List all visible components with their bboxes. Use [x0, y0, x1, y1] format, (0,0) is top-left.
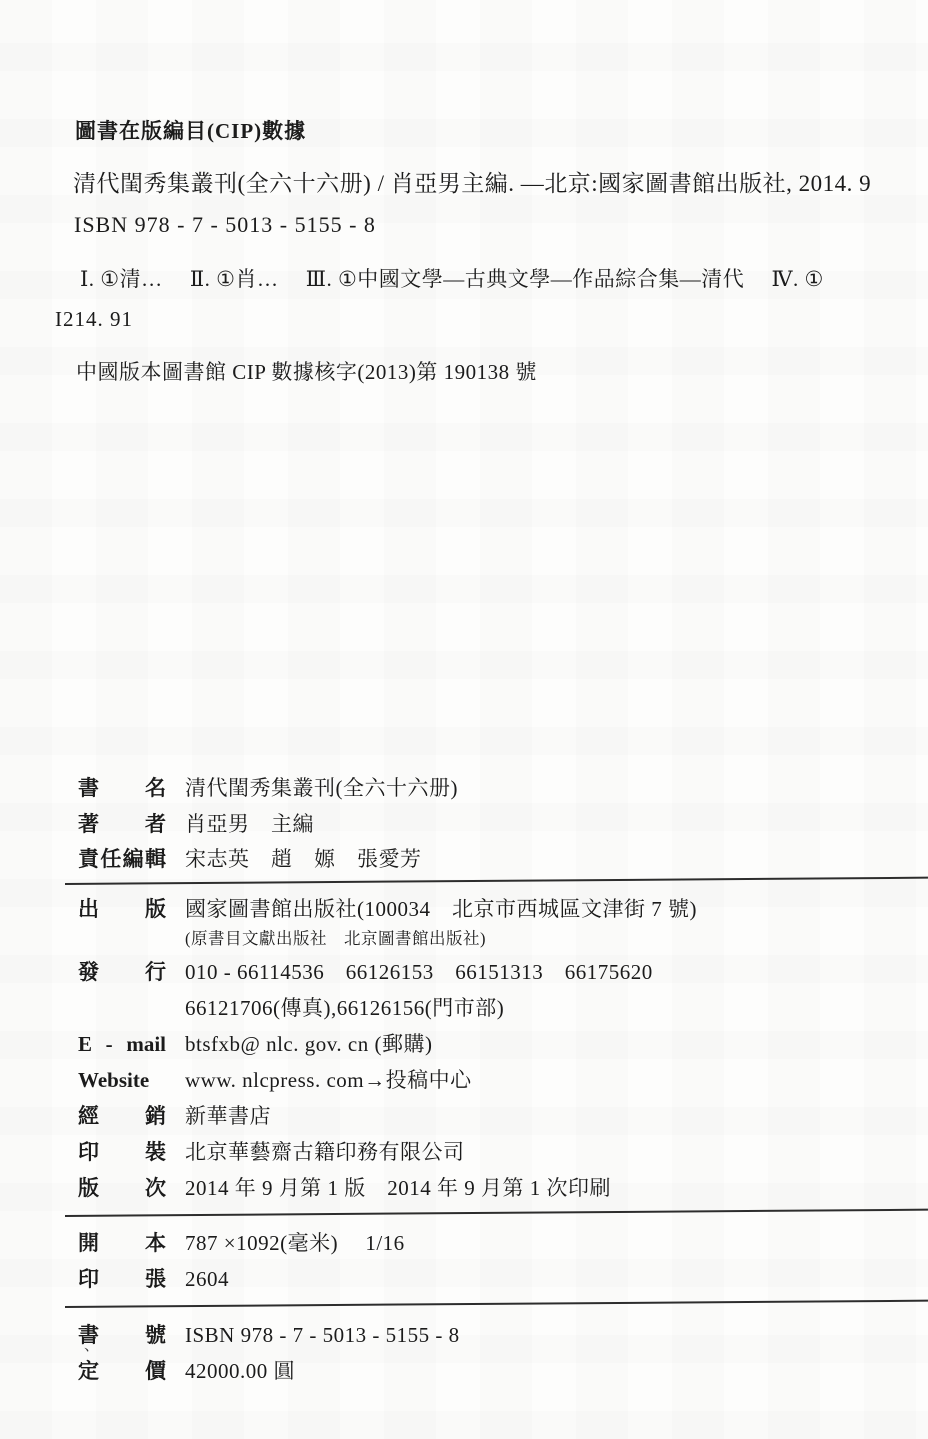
- row-label: 發行: [78, 954, 166, 990]
- book-copyright-page: 圖書在版編目(CIP)數據 清代閨秀集叢刊(全六十六册) / 肖亞男主編. —北…: [0, 116, 928, 1389]
- row-label: 責任編輯: [78, 842, 166, 877]
- colophon-row-editors: 責任編輯 宋志英 趙 嫄 張愛芳: [0, 842, 928, 877]
- row-label: 印裝: [78, 1134, 166, 1170]
- colophon-row-price: 定價 42000.00 圓: [0, 1353, 928, 1389]
- row-value: 66121706(傳真),66126156(門市部): [185, 990, 504, 1026]
- colophon-row-title: 書名 清代閨秀集叢刊(全六十六册): [0, 770, 928, 806]
- row-label: Website: [78, 1062, 166, 1098]
- publisher-former-names-note: (原書目文獻出版社 北京圖書館出版社): [185, 927, 928, 954]
- colophon-block: 書名 清代閨秀集叢刊(全六十六册) 著者 肖亞男 主編 責任編輯 宋志英 趙 嫄…: [0, 770, 928, 1389]
- row-value: 宋志英 趙 嫄 張愛芳: [185, 842, 422, 877]
- colophon-row-distributor: 經銷 新華書店: [0, 1098, 928, 1134]
- colophon-row-author: 著者 肖亞男 主編: [0, 806, 928, 842]
- row-value: 新華書店: [185, 1098, 271, 1134]
- colophon-row-sheets: 印張 2604: [0, 1261, 928, 1297]
- row-label: 著者: [78, 806, 166, 842]
- colophon-row-edition: 版次 2014 年 9 月第 1 版 2014 年 9 月第 1 次印刷: [0, 1170, 928, 1206]
- row-label: 定價: [78, 1353, 166, 1389]
- colophon-row-isbn: 書號 ISBN 978 - 7 - 5013 - 5155 - 8: [0, 1317, 928, 1353]
- row-label: 開本: [78, 1225, 166, 1261]
- row-label: 印張: [78, 1261, 166, 1297]
- colophon-row-publisher: 出版 國家圖書館出版社(100034 北京市西城區文津街 7 號): [0, 891, 928, 927]
- colophon-row-website: Website www. nlcpress. com→投稿中心: [0, 1062, 928, 1098]
- colophon-row-email: E - mail btsfxb@ nlc. gov. cn (郵購): [0, 1026, 928, 1062]
- stray-ink-mark: 、: [84, 1334, 99, 1355]
- row-value: 42000.00 圓: [185, 1353, 295, 1389]
- row-label: 經銷: [78, 1098, 166, 1134]
- horizontal-rule: [65, 1209, 928, 1217]
- row-value: 國家圖書館出版社(100034 北京市西城區文津街 7 號): [185, 891, 697, 927]
- row-value: btsfxb@ nlc. gov. cn (郵購): [185, 1026, 432, 1062]
- colophon-row-printer: 印裝 北京華藝齋古籍印務有限公司: [0, 1134, 928, 1170]
- cip-record-number-line: 中國版本圖書館 CIP 數據核字(2013)第 190138 號: [76, 358, 928, 386]
- row-value: ISBN 978 - 7 - 5013 - 5155 - 8: [185, 1317, 460, 1353]
- row-label: E - mail: [78, 1026, 166, 1062]
- row-value: 北京華藝齋古籍印務有限公司: [185, 1134, 465, 1170]
- row-value: 787 ×1092(毫米) 1/16: [185, 1225, 405, 1261]
- horizontal-rule: [65, 877, 928, 885]
- cip-isbn-line: ISBN 978 - 7 - 5013 - 5155 - 8: [74, 211, 928, 239]
- colophon-row-format: 開本 787 ×1092(毫米) 1/16: [0, 1225, 928, 1261]
- row-value: www. nlcpress. com→投稿中心: [185, 1062, 472, 1098]
- cip-title-line: 清代閨秀集叢刊(全六十六册) / 肖亞男主編. —北京:國家圖書館出版社, 20…: [73, 169, 892, 199]
- row-label: 出版: [78, 891, 166, 927]
- cip-classification-continuation: I214. 91: [55, 306, 928, 332]
- cip-classification-line: Ⅰ. ①清… Ⅱ. ①肖… Ⅲ. ①中國文學—古典文學—作品綜合集—清代 Ⅳ. …: [80, 265, 898, 293]
- colophon-row-distribution-line2: 66121706(傳真),66126156(門市部): [0, 990, 928, 1026]
- row-value: 010 - 66114536 66126153 66151313 6617562…: [185, 954, 653, 990]
- row-label: 版次: [78, 1170, 166, 1206]
- row-value: 2014 年 9 月第 1 版 2014 年 9 月第 1 次印刷: [185, 1170, 611, 1206]
- row-label: 書名: [78, 770, 166, 806]
- row-value: 肖亞男 主編: [185, 806, 314, 842]
- row-value: 清代閨秀集叢刊(全六十六册): [185, 770, 458, 806]
- colophon-row-distribution: 發行 010 - 66114536 66126153 66151313 6617…: [0, 954, 928, 990]
- horizontal-rule: [65, 1300, 928, 1308]
- row-value: 2604: [185, 1261, 229, 1297]
- cip-heading: 圖書在版編目(CIP)數據: [75, 116, 898, 146]
